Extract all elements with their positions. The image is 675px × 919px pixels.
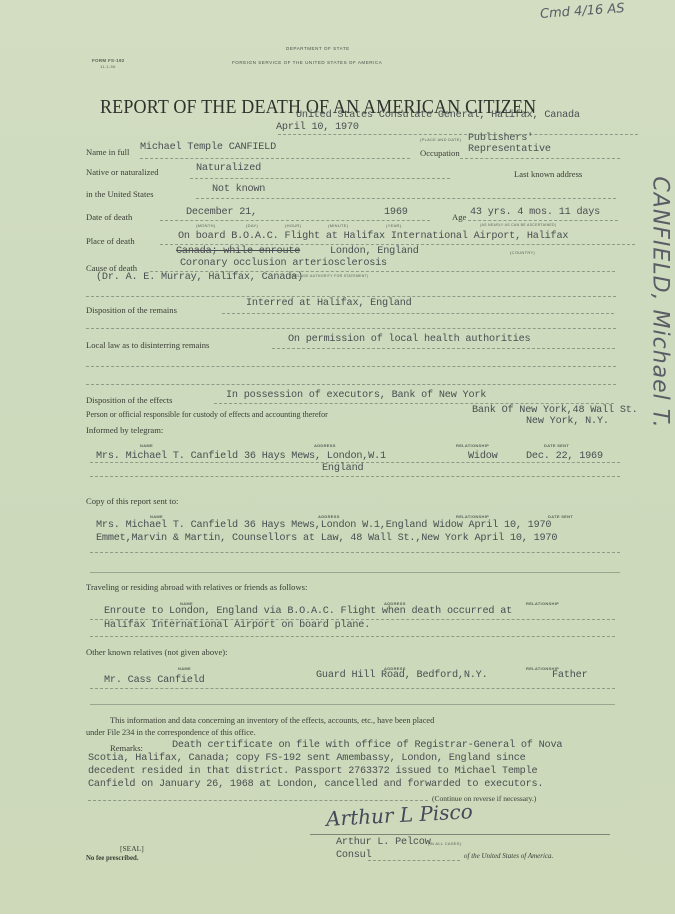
remains-value: Interred at Halifax, England <box>246 298 412 309</box>
relatives-label: Other known relatives (not given above): <box>86 647 228 657</box>
info-line-2: under File 234 in the correspondence of … <box>86 728 256 737</box>
occupation-value-2: Representative <box>468 144 551 155</box>
traveling-label: Traveling or residing abroad with relati… <box>86 582 307 592</box>
fee-note: No fee prescribed. <box>86 855 139 862</box>
consulate-post: United States Consulate General, Halifax… <box>296 110 580 121</box>
telegram-row-address-2: England <box>322 463 363 474</box>
copy-header-name: NAME <box>150 514 163 519</box>
telegram-header-name: NAME <box>140 443 153 448</box>
telegram-label: Informed by telegram: <box>86 425 163 435</box>
custody-value-1: Bank Of New York,48 Wall St. <box>472 405 638 416</box>
disinter-value: On permission of local health authoritie… <box>288 334 530 345</box>
handwritten-name-side: CANFIELD, Michael T. <box>648 153 673 453</box>
remarks-line-4: Canfield on January 26, 1968 at London, … <box>88 779 543 790</box>
occupation-label: Occupation <box>420 148 460 158</box>
telegram-header-relationship: RELATIONSHIP <box>456 443 489 448</box>
signature: Arthur L Pisco <box>325 799 473 831</box>
date-year: 1969 <box>384 207 408 218</box>
effects-label: Disposition of the effects <box>86 395 172 405</box>
remains-label: Disposition of the remains <box>86 305 177 315</box>
telegram-row-name: Mrs. Michael T. Canfield <box>96 451 238 462</box>
date-label: Date of death <box>86 212 132 222</box>
in-us-value: Not known <box>212 184 265 195</box>
sub-hour: (Hour) <box>285 223 301 228</box>
signer-name: Arthur L. Pelcow <box>336 837 431 848</box>
country-sub: (Country) <box>510 250 535 255</box>
copy-header-date: DATE SENT <box>548 514 573 519</box>
name-value: Michael Temple CANFIELD <box>140 142 276 153</box>
signer-of: of the United States of America. <box>464 852 553 860</box>
copy-label: Copy of this report sent to: <box>86 496 178 506</box>
info-line-1: This information and data concerning an … <box>110 716 434 725</box>
telegram-row-relationship: Widow <box>468 451 498 462</box>
in-us-label: in the United States <box>86 189 154 199</box>
form-sub: 11-1-56 <box>100 64 116 69</box>
native-label: Native or naturalized <box>86 167 159 177</box>
signer-title: Consul <box>336 850 371 861</box>
cause-value-2: (Dr. A. E. Murray, Halifax, Canada) <box>96 272 303 283</box>
traveling-header-relationship: RELATIONSHIP <box>526 601 559 606</box>
name-label: Name in full <box>86 147 129 157</box>
remarks-line-2: Scotia, Halifax, Canada; copy FS-192 sen… <box>88 753 526 764</box>
telegram-header-address: ADDRESS <box>314 443 336 448</box>
copy-header-address: ADDRESS <box>318 514 340 519</box>
custody-label: Person or official responsible for custo… <box>86 410 328 419</box>
effects-value: In possession of executors, Bank of New … <box>226 390 486 401</box>
remarks-line-3: decedent resided in that district. Passp… <box>88 766 537 777</box>
department-heading: DEPARTMENT OF STATE <box>286 46 350 51</box>
telegram-header-date: DATE SENT <box>544 443 569 448</box>
sub-day: (Day) <box>246 223 258 228</box>
report-date: April 10, 1970 <box>276 122 359 133</box>
place-value-1: On board B.O.A.C. Flight at Halifax Inte… <box>178 231 568 242</box>
occupation-value-1: Publishers' <box>468 133 533 144</box>
age-sub: (As nearly as can be ascertained) <box>480 223 556 227</box>
remarks-line-1: Death certificate on file with office of… <box>172 740 562 751</box>
place-value-struck: Canada; while enroute <box>176 246 300 257</box>
sub-minute: (Minute) <box>328 223 348 228</box>
date-month-day: December 21, <box>186 207 257 218</box>
telegram-row-date: Dec. 22, 1969 <box>526 451 603 462</box>
place-label: Place of death <box>86 236 135 246</box>
copy-row-2: Emmet,Marvin & Martin, Counsellors at La… <box>96 533 557 544</box>
cause-sub: (Include authority for statement) <box>290 274 369 278</box>
cause-value-1: Coronary occlusion arteriosclerosis <box>180 258 387 269</box>
signer-hint: (In all cases) <box>428 841 461 846</box>
sub-year: (Year) <box>386 223 401 228</box>
telegram-row-address: 36 Hays Mews, London,W.1 <box>244 451 386 462</box>
relatives-header-name: NAME <box>178 666 191 671</box>
custody-value-2: New York, N.Y. <box>526 416 609 427</box>
native-value: Naturalized <box>196 163 261 174</box>
age-value: 43 yrs. 4 mos. 11 days <box>470 207 600 218</box>
last-address-label: Last known address <box>514 169 582 179</box>
document-page: Cmd 4/16 AS CANFIELD, Michael T. Form FS… <box>0 0 675 914</box>
relatives-row-relationship: Father <box>552 670 587 681</box>
sub-month: (Month) <box>196 223 215 228</box>
place-date-hint: (Place and date) <box>420 137 461 142</box>
remarks-label: Remarks: <box>110 743 143 753</box>
traveling-line-2: Halifax International Airport on board p… <box>104 620 370 631</box>
disinter-label: Local law as to disinterring remains <box>86 340 209 350</box>
form-number: Form FS-192 <box>92 58 125 63</box>
relatives-row-name: Mr. Cass Canfield <box>104 675 205 686</box>
traveling-line-1: Enroute to London, England via B.O.A.C. … <box>104 606 512 617</box>
seal-label: [SEAL] <box>120 844 144 853</box>
service-heading: FOREIGN SERVICE OF THE UNITED STATES OF … <box>232 60 382 65</box>
copy-header-relationship: RELATIONSHIP <box>456 514 489 519</box>
relatives-row-address: Guard Hill Road, Bedford,N.Y. <box>316 670 488 681</box>
age-label: Age <box>452 212 466 222</box>
handwritten-note-top: Cmd 4/16 AS <box>540 1 625 22</box>
place-value-2: London, England <box>330 246 419 257</box>
copy-row-1: Mrs. Michael T. Canfield 36 Hays Mews,Lo… <box>96 520 551 531</box>
